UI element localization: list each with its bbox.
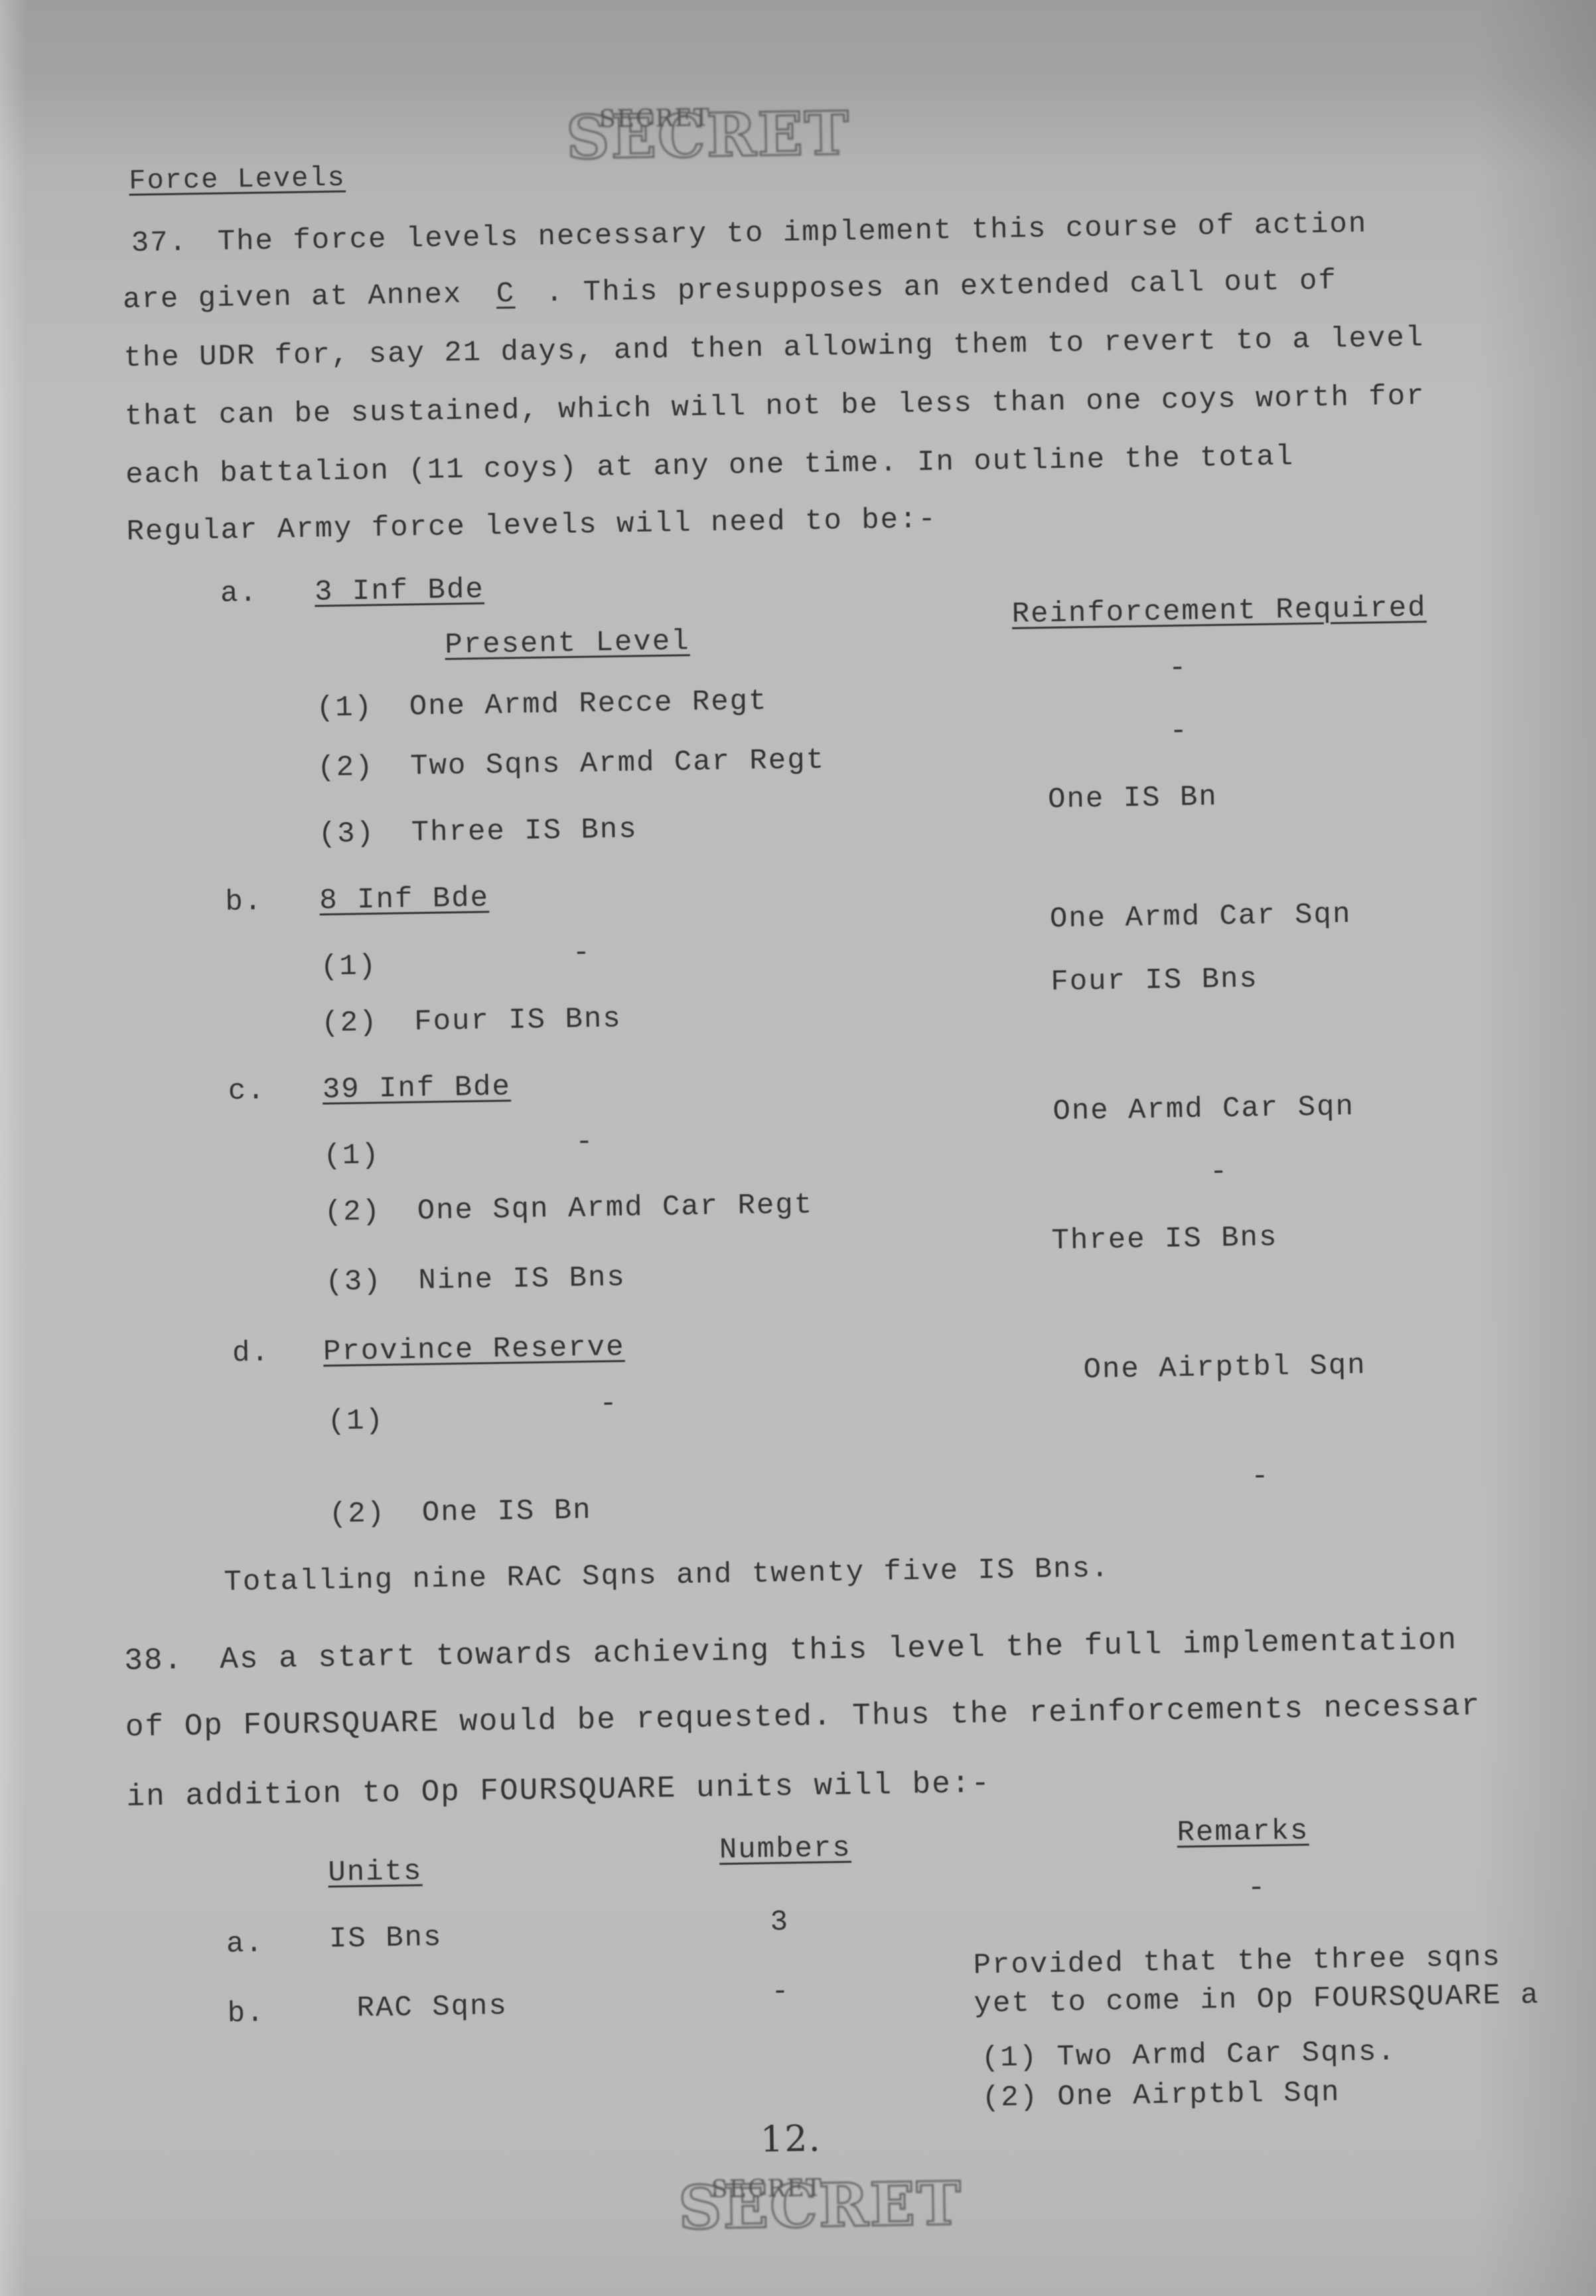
row-index: (1)	[323, 1139, 380, 1173]
group-c-letter: c.	[228, 1074, 266, 1108]
annex-reference: C	[463, 277, 549, 311]
row-index: (1)	[327, 1404, 384, 1438]
para37-number: 37.	[131, 226, 188, 260]
remarks-item-2: (2) One Airptbl Sqn	[981, 2076, 1340, 2115]
group-b-letter: b.	[225, 885, 263, 919]
remarks-line-1: Provided that the three sqns	[973, 1941, 1501, 1982]
units-row-a-number: 3	[770, 1906, 789, 1939]
reinforcement-value: -	[1169, 652, 1188, 685]
units-row-a-letter: a.	[226, 1927, 265, 1961]
group-d-letter: d.	[232, 1336, 271, 1370]
reinforcement-value: One Armd Car Sqn	[1052, 1090, 1354, 1128]
group-a-letter: a.	[220, 577, 259, 610]
col-units: Units	[328, 1855, 423, 1889]
present-level-value: -	[572, 936, 591, 969]
row-index: (3)	[325, 1265, 382, 1299]
group-d-name: Province Reserve	[323, 1330, 625, 1368]
group-c-name: 39 Inf Bde	[322, 1070, 511, 1106]
units-row-b-number: -	[771, 1975, 790, 2009]
classification-stamp-bottom: SECRET SECRET	[678, 2169, 963, 2244]
present-level-value: One Sqn Armd Car Regt	[417, 1188, 813, 1228]
row-index: (3)	[318, 817, 375, 851]
reinforcement-value: Three IS Bns	[1051, 1221, 1278, 1257]
col-reinforcement-required: Reinforcement Required	[1011, 591, 1427, 631]
reinforcement-value: Four IS Bns	[1051, 962, 1258, 999]
para37-line-6: Regular Army force levels will need to b…	[126, 503, 937, 549]
present-level-value: Four IS Bns	[414, 1002, 622, 1039]
row-index: (1)	[316, 691, 373, 725]
present-level-value: -	[575, 1125, 595, 1159]
classification-small: SECRET	[599, 104, 711, 133]
row-index: (1)	[321, 950, 378, 983]
remarks-item-1: (1) Two Armd Car Sqns.	[981, 2035, 1397, 2075]
para38-line-2: of Op FOURSQUARE would be requested. Thu…	[125, 1689, 1481, 1745]
row-index: (2)	[321, 1006, 378, 1040]
units-row-a-remarks: -	[1248, 1871, 1267, 1904]
classification-stamp-top: SECRET SECRET	[566, 98, 851, 173]
col-remarks: Remarks	[1177, 1814, 1309, 1849]
document-page: SECRET SECRET Force Levels 37. The force…	[0, 0, 1596, 2296]
para37-line-2b: . This presupposes an extended call out …	[545, 264, 1338, 310]
col-present-level: Present Level	[445, 625, 690, 662]
reinforcement-value: One Armd Car Sqn	[1050, 898, 1352, 936]
units-row-b-letter: b.	[227, 1997, 265, 2031]
present-level-value: -	[599, 1388, 618, 1421]
reinforcement-value: -	[1210, 1155, 1229, 1188]
para37-line-4: that can be sustained, which will not be…	[124, 380, 1425, 433]
units-row-b-unit: RAC Sqns	[356, 1989, 508, 2025]
present-level-value: One Armd Recce Regt	[409, 685, 767, 723]
row-index: (2)	[329, 1497, 386, 1531]
remarks-line-2: yet to come in Op FOURSQUARE a	[974, 1979, 1540, 2021]
reinforcement-value: One IS Bn	[1048, 780, 1218, 816]
present-level-value: Nine IS Bns	[418, 1261, 626, 1297]
para37-line-3: the UDR for, say 21 days, and then allow…	[123, 321, 1424, 375]
para37-line-2a: are given at Annex	[123, 278, 463, 317]
reinforcement-value: -	[1251, 1460, 1270, 1493]
para38-number: 38.	[124, 1643, 184, 1678]
row-index: (2)	[324, 1195, 381, 1229]
group-a-name: 3 Inf Bde	[315, 573, 484, 609]
units-row-a-unit: IS Bns	[329, 1921, 443, 1956]
para38-line-3: in addition to Op FOURSQUARE units will …	[126, 1766, 991, 1814]
reinforcement-value: One Airptbl Sqn	[1083, 1349, 1366, 1387]
row-index: (2)	[317, 751, 374, 784]
col-numbers: Numbers	[719, 1831, 852, 1867]
section-heading: Force Levels	[129, 162, 346, 197]
force-total: Totalling nine RAC Sqns and twenty five …	[224, 1552, 1110, 1599]
present-level-value: One IS Bn	[422, 1494, 592, 1530]
present-level-value: Two Sqns Armd Car Regt	[410, 744, 826, 784]
para37-line-5: each battalion (11 coys) at any one time…	[125, 440, 1295, 492]
para38-line-1: As a start towards achieving this level …	[220, 1623, 1458, 1677]
reinforcement-value: -	[1169, 715, 1189, 748]
para37-line-1: The force levels necessary to implement …	[217, 208, 1367, 259]
group-b-name: 8 Inf Bde	[319, 882, 489, 918]
page-number: 12.	[760, 2117, 822, 2160]
present-level-value: Three IS Bns	[411, 813, 638, 849]
classification-small: SECRET	[711, 2175, 824, 2204]
